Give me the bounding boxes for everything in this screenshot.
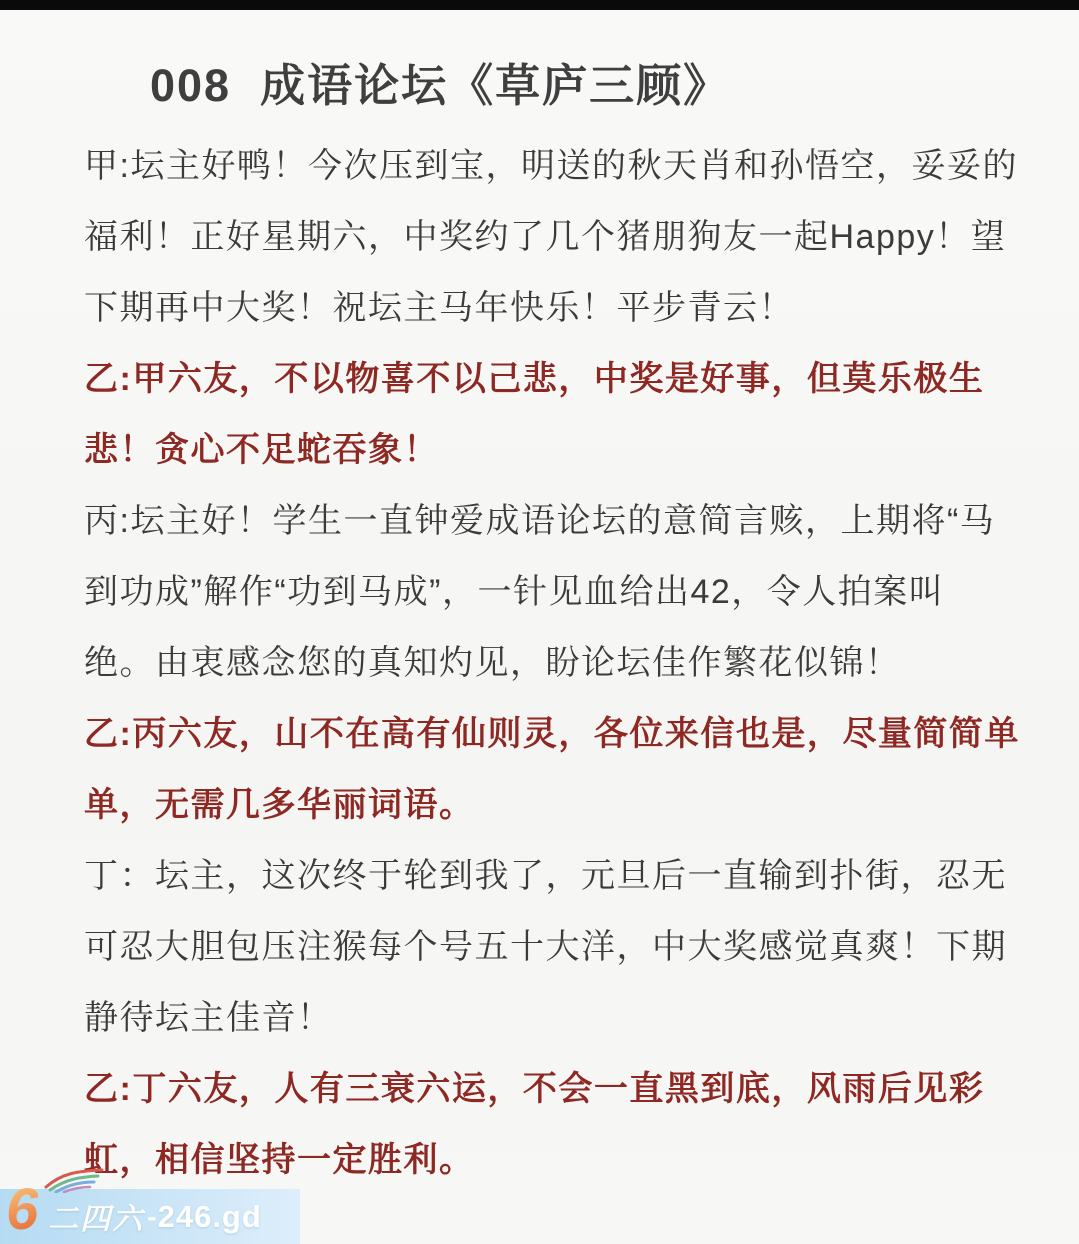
brand-numeral: 6: [6, 1177, 38, 1242]
brand-dash: -: [147, 1201, 156, 1233]
paragraph-ding: 丁：坛主，这次终于轮到我了，元旦后一直输到扑街，忍无 可忍大胆包压注猴每个号五十…: [84, 841, 1001, 1054]
paragraph-jia: 甲:坛主好鸭！今次压到宝，明送的秋天肖和孙悟空，妥妥的 福利！正好星期六，中奖约…: [84, 131, 1001, 344]
paragraph-bing: 丙:坛主好！学生一直钟爱成语论坛的意简言赅，上期将“马 到功成”解作“功到马成”…: [84, 486, 1001, 699]
dialogue-line: 丁：坛主，这次终于轮到我了，元旦后一直输到扑街，忍无: [84, 841, 1001, 912]
dialogue-body: 甲:坛主好鸭！今次压到宝，明送的秋天肖和孙悟空，妥妥的 福利！正好星期六，中奖约…: [84, 131, 1001, 1196]
dialogue-line: 乙:丁六友，人有三衰六运，不会一直黑到底，风雨后见彩: [84, 1054, 1001, 1125]
dialogue-line: 乙:丙六友，山不在高有仙则灵，各位来信也是，尽量简简单: [84, 699, 1001, 770]
dialogue-line: 虹，相信坚持一定胜利。: [84, 1125, 1001, 1196]
top-black-bar: [0, 0, 1079, 10]
ribbon-streaks-icon: [44, 1167, 106, 1193]
brand-name: 二四六: [48, 1194, 144, 1238]
dialogue-line: 单，无需几多华丽词语。: [84, 770, 1001, 841]
paragraph-yi-reply-1: 乙:甲六友，不以物喜不以己悲，中奖是好事，但莫乐极生 悲！贪心不足蛇吞象！: [84, 344, 1001, 486]
dialogue-line: 绝。由衷感念您的真知灼见，盼论坛佳作繁花似锦！: [84, 628, 1001, 699]
dialogue-line: 下期再中大奖！祝坛主马年快乐！平步青云！: [84, 273, 1001, 344]
dialogue-line: 福利！正好星期六，中奖约了几个猪朋狗友一起Happy！望: [84, 202, 1001, 273]
dialogue-line: 乙:甲六友，不以物喜不以己悲，中奖是好事，但莫乐极生: [84, 344, 1001, 415]
dialogue-line: 到功成”解作“功到马成”，一针见血给出42，令人拍案叫: [84, 557, 1001, 628]
brand-domain: 246.gd: [158, 1199, 262, 1235]
dialogue-line: 悲！贪心不足蛇吞象！: [84, 415, 1001, 486]
page-title: 008 成语论坛《草庐三顾》: [150, 55, 1079, 117]
dialogue-line: 静待坛主佳音！: [84, 983, 1001, 1054]
dialogue-line: 丙:坛主好！学生一直钟爱成语论坛的意简言赅，上期将“马: [84, 486, 1001, 557]
paragraph-yi-reply-3: 乙:丁六友，人有三衰六运，不会一直黑到底，风雨后见彩 虹，相信坚持一定胜利。: [84, 1054, 1001, 1196]
brand-6-icon: 6: [6, 1185, 38, 1235]
paragraph-yi-reply-2: 乙:丙六友，山不在高有仙则灵，各位来信也是，尽量简简单 单，无需几多华丽词语。: [84, 699, 1001, 841]
dialogue-line: 可忍大胆包压注猴每个号五十大洋，中大奖感觉真爽！下期: [84, 912, 1001, 983]
document-page: 008 成语论坛《草庐三顾》 甲:坛主好鸭！今次压到宝，明送的秋天肖和孙悟空，妥…: [0, 10, 1079, 1244]
watermark-banner: 6 二四六 - 246.gd: [0, 1189, 300, 1244]
dialogue-line: 甲:坛主好鸭！今次压到宝，明送的秋天肖和孙悟空，妥妥的: [84, 131, 1001, 202]
